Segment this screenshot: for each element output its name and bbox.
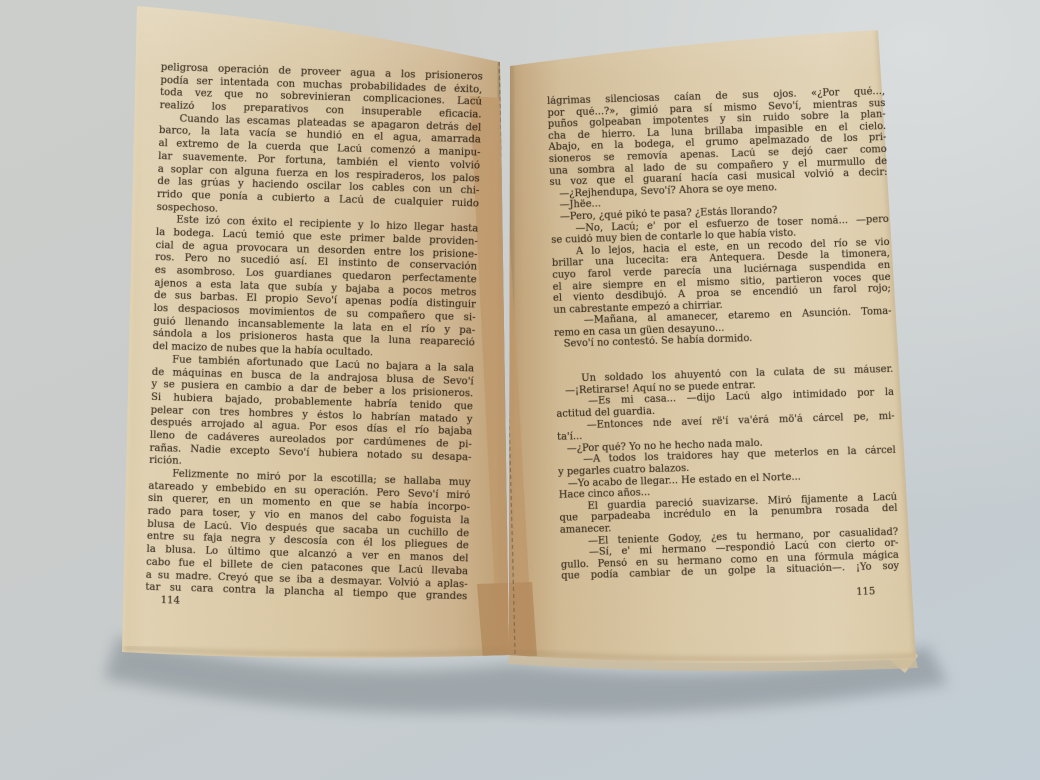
right-page-text: lágrimas silenciosas caían de sus ojos. … [547, 86, 899, 583]
text-line-content: —Jhëe... [550, 199, 601, 212]
text-line-content: amanecer. [560, 523, 612, 536]
text-line-content: sospechoso. [157, 202, 219, 215]
text-line-content: rición. [149, 455, 182, 467]
photo-background: peligrosa operación de proveer agua a lo… [0, 0, 1040, 780]
left-page-text: peligrosa operación de proveer agua a lo… [145, 62, 483, 604]
text-line-content: ta'í... [557, 431, 582, 443]
